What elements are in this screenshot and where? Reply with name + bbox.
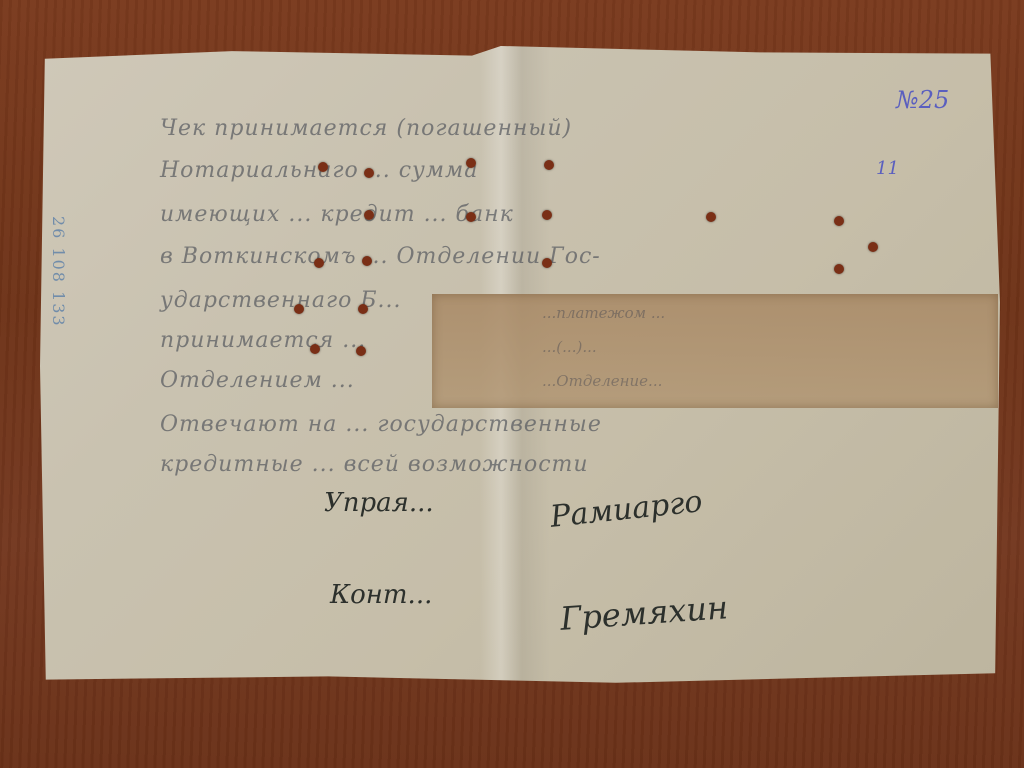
punch-hole (294, 304, 304, 314)
punch-hole (868, 242, 878, 252)
punch-hole (542, 210, 552, 220)
text-line-6: принимается ... (160, 328, 366, 353)
tape-text-3: ...Отделение... (542, 372, 662, 390)
tape-text-2: ...(...)... (542, 338, 597, 356)
punch-hole (466, 158, 476, 168)
serial-number: 26 108 133 (49, 216, 68, 328)
punch-hole (834, 216, 844, 226)
punch-hole (364, 168, 374, 178)
punch-hole (314, 258, 324, 268)
punch-hole (706, 212, 716, 222)
text-line-8: Отвечают на ... государственные (160, 412, 602, 437)
document-paper: Чек принимается (погашенный) Нотариальна… (40, 46, 1000, 686)
repair-tape: ...платежом ... ...(...)... ...Отделение… (432, 294, 998, 408)
text-line-9: кредитные ... всей возможности (160, 452, 589, 477)
punch-hole (318, 162, 328, 172)
text-line-7: Отделением ... (160, 368, 355, 393)
signature-label-2: Конт... (330, 580, 432, 610)
signature-1: Рамиарго (549, 484, 704, 535)
text-line-3: имеющих ... кредит ... банк (160, 202, 514, 227)
punch-hole (310, 344, 320, 354)
signature-label-1: Упрая... (324, 488, 434, 518)
punch-hole (358, 304, 368, 314)
pencil-mark: 11 (876, 158, 899, 179)
punch-hole (364, 210, 374, 220)
tape-text-1: ...платежом ... (542, 304, 665, 322)
punch-hole (834, 264, 844, 274)
punch-hole (544, 160, 554, 170)
punch-hole (356, 346, 366, 356)
punch-hole (466, 212, 476, 222)
punch-hole (362, 256, 372, 266)
text-line-4: в Воткинскомъ ... Отделении Гос- (160, 244, 601, 269)
punch-hole (542, 258, 552, 268)
text-line-1: Чек принимается (погашенный) (160, 116, 572, 141)
pencil-number: №25 (896, 86, 949, 114)
signature-2: Гремяхин (559, 588, 729, 638)
